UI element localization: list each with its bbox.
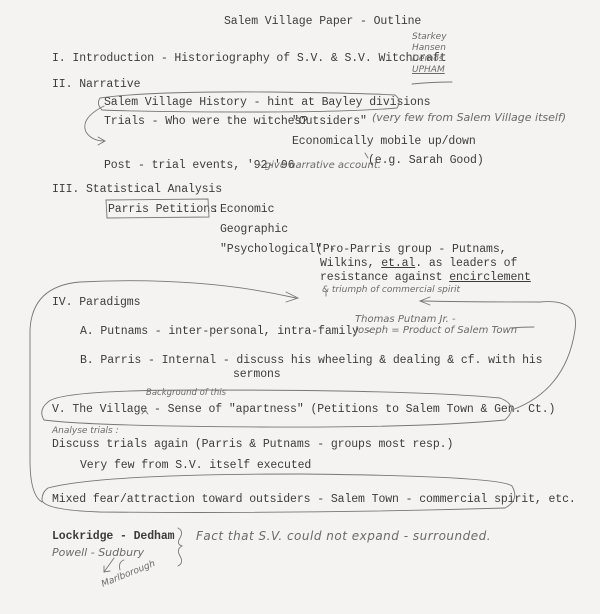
encirclement-underlined: encirclement [449,271,531,284]
background-insert-annotation: Background of this [146,388,226,398]
history-arrowhead [98,137,105,145]
narrative-mobile: Economically mobile up/down [292,135,476,148]
putnams-note-line: Thomas Putnam Jr. - [355,314,517,325]
paradigm-parris: B. Parris - Internal - discuss his wheel… [80,354,542,367]
psych-text: Wilkins, [320,257,381,270]
expansion-annotation: Fact that S.V. could not expand - surrou… [196,529,491,543]
psych-text: . as leaders of [415,257,517,270]
left-loop-arrowhead [286,292,298,302]
psych-line-2: Wilkins, et.al. as leaders of [320,257,517,270]
putnams-note-line: Joseph = Product of Salem Town [355,325,517,336]
village-discuss-trials: Discuss trials again (Parris & Putnams -… [52,438,453,451]
commercial-spirit-annotation: & triumph of commercial spirit [322,285,460,295]
comparison-brace [178,528,182,566]
comparison-lockridge: Lockridge - Dedham [52,530,174,543]
paradigm-parris-cont: sermons [233,368,281,381]
petitions-colon: : [212,203,219,216]
factor-economic: Economic [220,203,274,216]
section-village: V. The Village - Sense of "apartness" (P… [52,403,555,416]
village-heading: V. The Village - [52,403,161,416]
historian-name: Hansen [412,43,447,54]
narrative-example: (e.g. Sarah Good) [368,154,484,167]
upham-underline [412,82,452,84]
section-introduction: I. Introduction - Historiography of S.V.… [52,52,446,65]
putnams-annotation: Thomas Putnam Jr. - Joseph = Product of … [355,314,517,336]
history-arrow [85,106,104,141]
historian-name: Demos [412,54,447,65]
right-loop-arrowhead [420,297,430,305]
psych-line-3: resistance against encirclement [320,271,531,284]
narrative-trials: Trials - Who were the witches? [104,115,308,128]
section-narrative-heading: II. Narrative [52,78,140,91]
comparison-powell: Powell - Sudbury [52,546,144,559]
historian-name: Starkey [412,32,447,43]
historian-names: Starkey Hansen Demos UPHAM [412,32,447,76]
psych-text: resistance against [320,271,449,284]
parris-petitions: Parris Petitions [108,203,217,216]
paradigm-putnams: A. Putnams - inter-personal, intra-famil… [80,325,372,338]
psych-line-1: (Pro-Parris group - Putnams, [316,243,506,256]
historian-name: UPHAM [412,65,447,76]
village-mixed-fear: Mixed fear/attraction toward outsiders -… [52,493,576,506]
etal-underlined: et.al [381,257,415,270]
post-prefix: Post - trial events, [104,159,240,172]
factor-geographic: Geographic [220,223,288,236]
post-annotation: - give narrative account. [258,160,381,171]
section-paradigms-heading: IV. Paradigms [52,296,140,309]
outsiders-annotation: (very few from Salem Village itself) [372,111,566,124]
document-title: Salem Village Paper - Outline [224,15,421,28]
narrative-outsiders: "Outsiders" [292,115,367,128]
narrative-history: Salem Village History - hint at Bayley d… [104,96,430,109]
analyse-trials-annotation: Analyse trials : [52,426,119,436]
section-statistical-heading: III. Statistical Analysis [52,183,222,196]
village-apartness: Sense of "apartness" (Petitions to Salem… [168,403,556,416]
marlborough-annotation: Marlborough [100,559,157,590]
village-executed: Very few from S.V. itself executed [80,459,311,472]
